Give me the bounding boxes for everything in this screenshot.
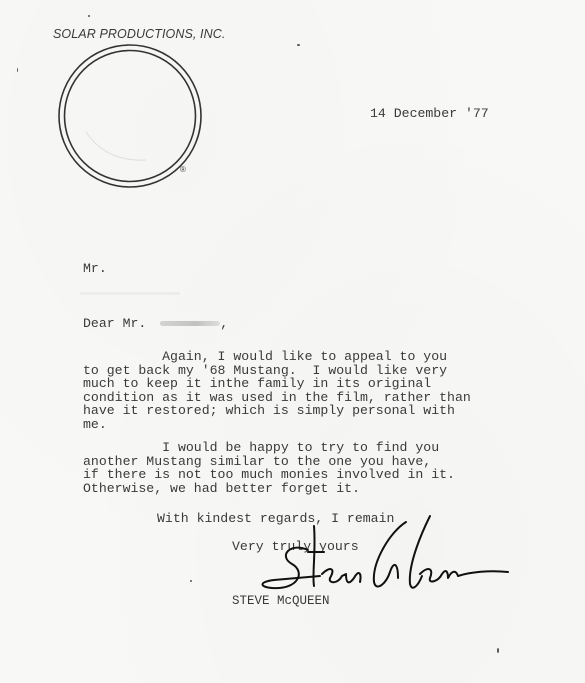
body-paragraph-1: Again, I would like to appeal to you to … — [83, 350, 471, 432]
body-paragraph-2: I would be happy to try to find you anot… — [83, 441, 455, 495]
salutation-comma: , — [220, 316, 228, 331]
closing-line: With kindest regards, I remain — [157, 512, 394, 526]
redacted-name — [160, 321, 220, 326]
letter-date: 14 December '77 — [370, 107, 489, 121]
paper-speck — [190, 580, 192, 582]
paper-speck — [17, 68, 18, 72]
salutation-text: Dear Mr. — [83, 316, 154, 331]
company-name: SOLAR PRODUCTIONS, INC. — [53, 27, 225, 41]
salutation: Dear Mr. , — [83, 317, 228, 331]
redacted-address — [80, 292, 180, 295]
paper-speck — [88, 15, 90, 17]
paper-speck — [297, 44, 300, 46]
recipient-line: Mr. — [83, 262, 107, 276]
valediction: Very truly yours — [232, 540, 359, 554]
registered-mark: ® — [180, 165, 186, 174]
letter-page: SOLAR PRODUCTIONS, INC. ® 14 December '7… — [0, 0, 585, 683]
signer-name: STEVE McQUEEN — [232, 595, 330, 609]
paper-speck — [497, 648, 499, 653]
